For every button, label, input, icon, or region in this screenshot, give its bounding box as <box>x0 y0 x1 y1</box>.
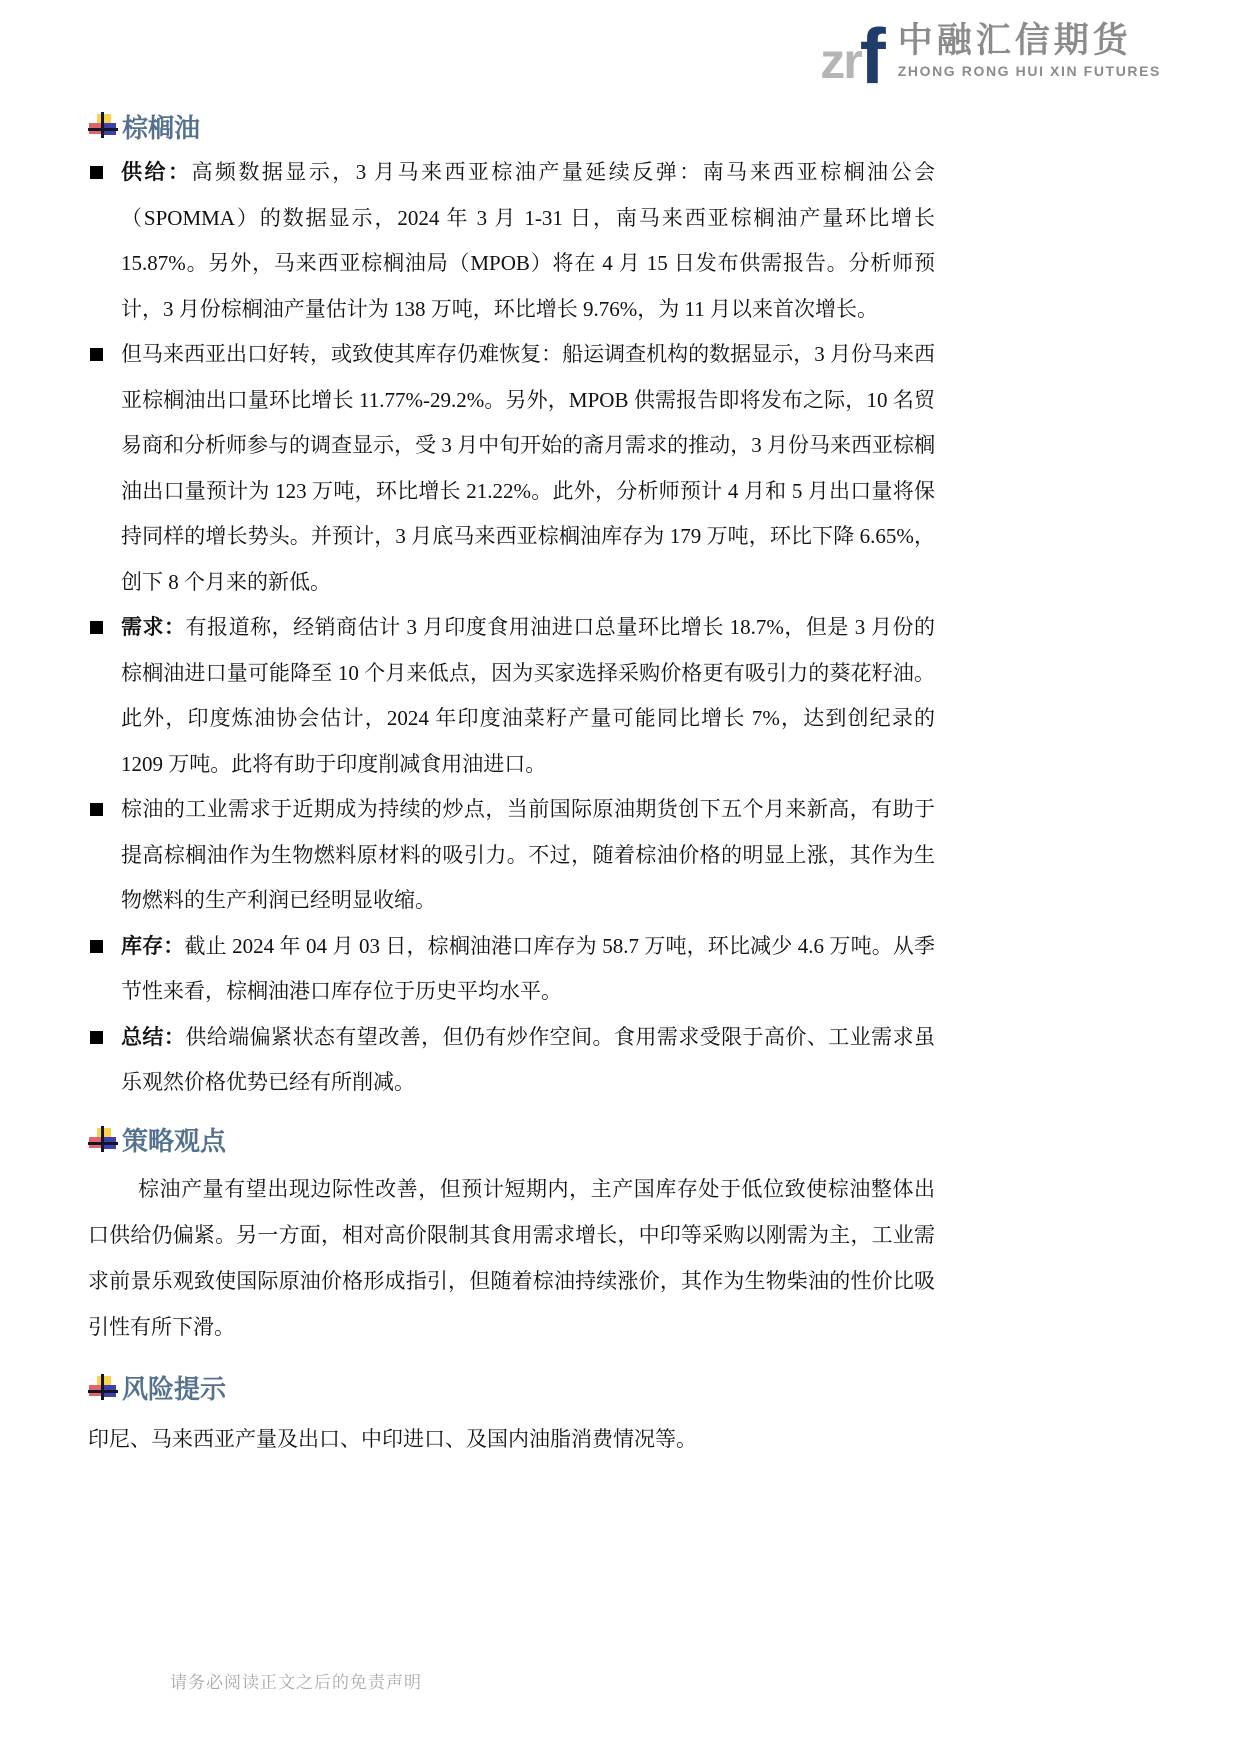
risk-paragraph: 印尼、马来西亚产量及出口、中印进口、及国内油脂消费情况等。 <box>88 1416 935 1462</box>
bullet-lead: 库存： <box>121 934 184 958</box>
bullet-square-icon <box>90 348 103 361</box>
bullet-lead: 总结： <box>121 1025 185 1049</box>
section-title-strategy: 策略观点 <box>122 1121 226 1158</box>
bullet-text: 有报道称，经销商估计 3 月印度食用油进口总量环比增长 18.7%，但是 3 月… <box>121 615 935 776</box>
report-page: zr f 中融汇信期货 ZHONG RONG HUI XIN FUTURES 棕… <box>0 0 1241 1755</box>
footer-disclaimer: 请务必阅读正文之后的免责声明 <box>170 1668 422 1693</box>
bullet-lead: 供给： <box>121 160 191 184</box>
strategy-paragraph: 棕油产量有望出现边际性改善，但预计短期内，主产国库存处于低位致使棕油整体出口供给… <box>88 1166 935 1350</box>
company-name-en: ZHONG RONG HUI XIN FUTURES <box>898 63 1161 79</box>
section-header-palm-oil: 棕榈油 <box>88 104 935 148</box>
bullet-square-icon <box>90 940 103 953</box>
bullet-inventory: 库存：截止 2024 年 04 月 03 日，棕榈油港口库存为 58.7 万吨，… <box>88 924 935 1015</box>
bullet-exports: 但马来西亚出口好转，或致使其库存仍难恢复：船运调查机构的数据显示，3 月份马来西… <box>88 332 935 605</box>
section-title-palm-oil: 棕榈油 <box>122 108 200 145</box>
bullet-square-icon <box>90 166 103 179</box>
section-marker-icon <box>88 1126 118 1154</box>
bullet-square-icon <box>90 1031 103 1044</box>
bullet-square-icon <box>90 803 103 816</box>
section-header-strategy: 策略观点 <box>88 1118 935 1162</box>
bullet-text: 截止 2024 年 04 月 03 日，棕榈油港口库存为 58.7 万吨，环比减… <box>121 934 935 1004</box>
bullet-text: 供给端偏紧状态有望改善，但仍有炒作空间。食用需求受限于高价、工业需求虽乐观然价格… <box>121 1025 935 1095</box>
company-logo: zr f 中融汇信期货 ZHONG RONG HUI XIN FUTURES <box>820 22 1161 81</box>
bullet-text: 高频数据显示，3 月马来西亚棕油产量延续反弹：南马来西亚棕榈油公会（SPOMMA… <box>121 160 935 321</box>
bullet-summary: 总结：供给端偏紧状态有望改善，但仍有炒作空间。食用需求受限于高价、工业需求虽乐观… <box>88 1015 935 1106</box>
report-body: 棕榈油 供给：高频数据显示，3 月马来西亚棕油产量延续反弹：南马来西亚棕榈油公会… <box>88 104 935 1462</box>
company-name-cn: 中融汇信期货 <box>898 22 1132 61</box>
bullet-square-icon <box>90 621 103 634</box>
logo-names: 中融汇信期货 ZHONG RONG HUI XIN FUTURES <box>898 22 1161 81</box>
section-marker-icon <box>88 112 118 140</box>
logo-f-letter: f <box>860 32 886 80</box>
bullet-supply: 供给：高频数据显示，3 月马来西亚棕油产量延续反弹：南马来西亚棕榈油公会（SPO… <box>88 150 935 332</box>
logo-zr-letters: zr <box>820 42 860 81</box>
bullet-text: 棕油的工业需求于近期成为持续的炒点，当前国际原油期货创下五个月来新高，有助于提高… <box>121 797 935 912</box>
bullet-text: 但马来西亚出口好转，或致使其库存仍难恢复：船运调查机构的数据显示，3 月份马来西… <box>121 342 935 594</box>
section-marker-icon <box>88 1374 118 1402</box>
section-title-risk: 风险提示 <box>122 1369 226 1406</box>
bullet-lead: 需求： <box>121 615 186 639</box>
logo-zrf-monogram: zr f <box>820 32 885 80</box>
bullet-industrial-demand: 棕油的工业需求于近期成为持续的炒点，当前国际原油期货创下五个月来新高，有助于提高… <box>88 787 935 924</box>
bullet-demand: 需求：有报道称，经销商估计 3 月印度食用油进口总量环比增长 18.7%，但是 … <box>88 605 935 787</box>
section-header-risk: 风险提示 <box>88 1366 935 1410</box>
